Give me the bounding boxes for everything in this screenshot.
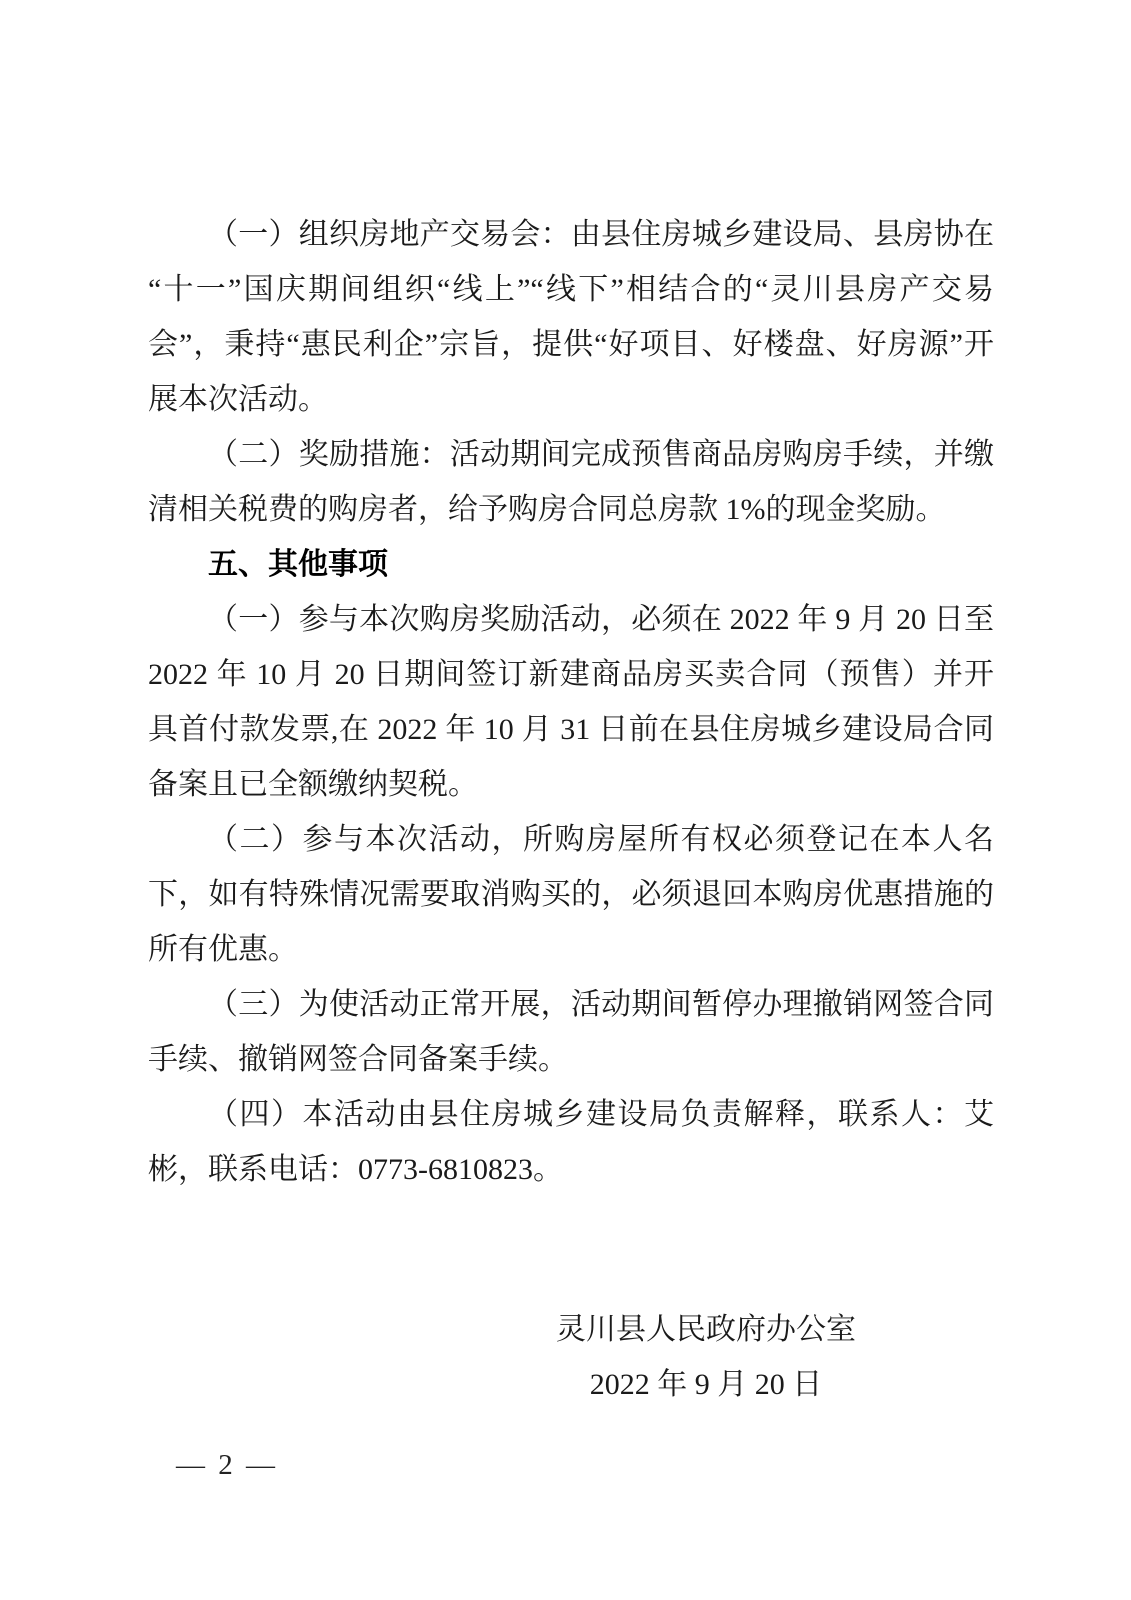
paragraph-suspend-contract-cancellation: （三）为使活动正常开展，活动期间暂停办理撤销网签合同手续、撤销网签合同备案手续。 bbox=[148, 977, 994, 1087]
paragraph-participation-period: （一）参与本次购房奖励活动，必须在 2022 年 9 月 20 日至 2022 … bbox=[148, 592, 994, 812]
paragraph-ownership-registration: （二）参与本次活动，所购房屋所有权必须登记在本人名下，如有特殊情况需要取消购买的… bbox=[148, 812, 994, 977]
signature-office-name: 灵川县人民政府办公室 bbox=[556, 1302, 856, 1357]
signature-date: 2022 年 9 月 20 日 bbox=[556, 1357, 856, 1412]
document-body: （一）组织房地产交易会：由县住房城乡建设局、县房协在“十一”国庆期间组织“线上”… bbox=[148, 207, 994, 1412]
page-number: — 2 — bbox=[176, 1440, 278, 1490]
paragraph-interpretation-contact: （四）本活动由县住房城乡建设局负责解释，联系人：艾彬，联系电话：0773-681… bbox=[148, 1087, 994, 1197]
paragraph-reward-measures: （二）奖励措施：活动期间完成预售商品房购房手续，并缴清相关税费的购房者，给予购房… bbox=[148, 427, 994, 537]
document-page: （一）组织房地产交易会：由县住房城乡建设局、县房协在“十一”国庆期间组织“线上”… bbox=[0, 0, 1131, 1600]
section-heading-other-matters: 五、其他事项 bbox=[148, 537, 994, 592]
signature-block: 灵川县人民政府办公室 2022 年 9 月 20 日 bbox=[556, 1302, 856, 1412]
paragraph-organize-property-fair: （一）组织房地产交易会：由县住房城乡建设局、县房协在“十一”国庆期间组织“线上”… bbox=[148, 207, 994, 427]
